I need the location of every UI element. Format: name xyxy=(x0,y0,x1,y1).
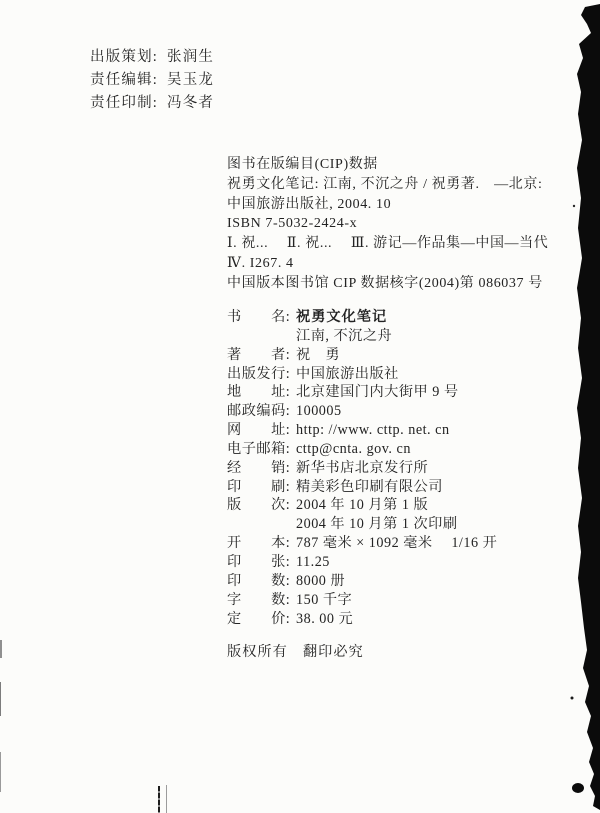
field-value: 8000 册 xyxy=(296,573,345,589)
field-label: 印 刷: xyxy=(227,478,293,497)
cip-line: ISBN 7-5032-2424-x xyxy=(227,214,548,234)
field-label: 著 者: xyxy=(227,346,293,365)
cip-line: 中国版本图书馆 CIP 数据核字(2004)第 086037 号 xyxy=(227,274,548,294)
book-title: 祝勇文化笔记 xyxy=(296,309,387,325)
field-label: 定 价: xyxy=(227,610,293,629)
field-label: 开 本: xyxy=(227,534,293,553)
cip-heading: 图书在版编目(CIP)数据 xyxy=(227,155,548,175)
publication-info: 书 名:祝勇文化笔记 江南, 不沉之舟 著 者:祝 勇 出版发行:中国旅游出版社… xyxy=(227,308,497,628)
scan-edge-speckle xyxy=(0,640,2,658)
info-row-subtitle: 江南, 不沉之舟 xyxy=(227,327,497,346)
field-value: 2004 年 10 月第 1 版 xyxy=(296,497,428,513)
field-label: 经 销: xyxy=(227,459,293,478)
copyright-notice: 版权所有 翻印必究 xyxy=(227,641,364,661)
info-row-word-count: 字 数:150 千字 xyxy=(227,591,497,610)
info-row-sheets: 印 张:11.25 xyxy=(227,553,497,572)
staff-value: 张润生 xyxy=(167,49,214,65)
cip-line: 祝勇文化笔记: 江南, 不沉之舟 / 祝勇著. —北京: xyxy=(227,175,548,195)
info-row-email: 电子邮箱:cttp@cnta. gov. cn xyxy=(227,440,497,459)
info-row-print-run: 印 数:8000 册 xyxy=(227,572,497,591)
field-label: 版 次: xyxy=(227,496,293,515)
staff-row: 责任编辑:吴玉龙 xyxy=(90,69,214,92)
staff-row: 责任印制:冯冬者 xyxy=(90,92,214,115)
field-label: 地 址: xyxy=(227,383,293,402)
cip-line: Ⅰ. 祝... Ⅱ. 祝... Ⅲ. 游记—作品集—中国—当代 xyxy=(227,234,548,254)
binding-mark-left xyxy=(158,786,160,813)
field-label: 网 址: xyxy=(227,421,293,440)
staff-value: 吴玉龙 xyxy=(167,72,214,88)
colophon-page: 出版策划:张润生 责任编辑:吴玉龙 责任印制:冯冬者 图书在版编目(CIP)数据… xyxy=(0,0,600,813)
field-label: 邮政编码: xyxy=(227,402,293,421)
field-value: http: //www. cttp. net. cn xyxy=(296,422,450,438)
info-row-distributor: 经 销:新华书店北京发行所 xyxy=(227,459,497,478)
scan-edge-artifact xyxy=(564,0,600,813)
staff-value: 冯冬者 xyxy=(167,95,214,111)
scan-edge-speckle xyxy=(0,682,1,716)
scan-edge-speckle xyxy=(0,752,1,792)
info-row-edition: 版 次:2004 年 10 月第 1 版 xyxy=(227,496,497,515)
info-row-format: 开 本:787 毫米 × 1092 毫米 1/16 开 xyxy=(227,534,497,553)
cip-block: 图书在版编目(CIP)数据 祝勇文化笔记: 江南, 不沉之舟 / 祝勇著. —北… xyxy=(227,155,548,294)
staff-label: 责任印制: xyxy=(90,92,158,115)
field-value: 新华书店北京发行所 xyxy=(296,460,428,476)
field-value: 150 千字 xyxy=(296,592,352,608)
staff-credits: 出版策划:张润生 责任编辑:吴玉龙 责任印制:冯冬者 xyxy=(90,46,214,115)
info-row-book-title: 书 名:祝勇文化笔记 xyxy=(227,308,497,327)
field-value: 中国旅游出版社 xyxy=(296,366,399,382)
info-row-price: 定 价:38. 00 元 xyxy=(227,610,497,629)
info-row-postcode: 邮政编码:100005 xyxy=(227,402,497,421)
field-value: 787 毫米 × 1092 毫米 1/16 开 xyxy=(296,535,497,551)
staff-label: 出版策划: xyxy=(90,46,158,69)
field-value: 精美彩色印刷有限公司 xyxy=(296,479,443,495)
field-value: 2004 年 10 月第 1 次印刷 xyxy=(296,516,458,532)
info-row-author: 著 者:祝 勇 xyxy=(227,346,497,365)
info-row-publisher: 出版发行:中国旅游出版社 xyxy=(227,365,497,384)
field-value: 100005 xyxy=(296,403,342,419)
field-label: 印 数: xyxy=(227,572,293,591)
binding-mark-right xyxy=(166,785,167,813)
field-label: 电子邮箱: xyxy=(227,440,293,459)
info-row-website: 网 址:http: //www. cttp. net. cn xyxy=(227,421,497,440)
info-row-address: 地 址:北京建国门内大街甲 9 号 xyxy=(227,383,497,402)
field-label: 印 张: xyxy=(227,553,293,572)
field-value: 祝 勇 xyxy=(296,347,340,363)
field-value: 38. 00 元 xyxy=(296,611,353,627)
staff-row: 出版策划:张润生 xyxy=(90,46,214,69)
book-subtitle: 江南, 不沉之舟 xyxy=(296,328,392,344)
cip-line: Ⅳ. I267. 4 xyxy=(227,254,548,274)
info-row-printing: 2004 年 10 月第 1 次印刷 xyxy=(227,515,497,534)
field-label: 出版发行: xyxy=(227,365,293,384)
field-value: 11.25 xyxy=(296,554,330,570)
staff-label: 责任编辑: xyxy=(90,69,158,92)
field-value: cttp@cnta. gov. cn xyxy=(296,441,411,457)
field-label: 字 数: xyxy=(227,591,293,610)
info-row-printer: 印 刷:精美彩色印刷有限公司 xyxy=(227,478,497,497)
field-label: 书 名: xyxy=(227,308,293,327)
cip-line: 中国旅游出版社, 2004. 10 xyxy=(227,195,548,215)
field-value: 北京建国门内大街甲 9 号 xyxy=(296,384,459,400)
